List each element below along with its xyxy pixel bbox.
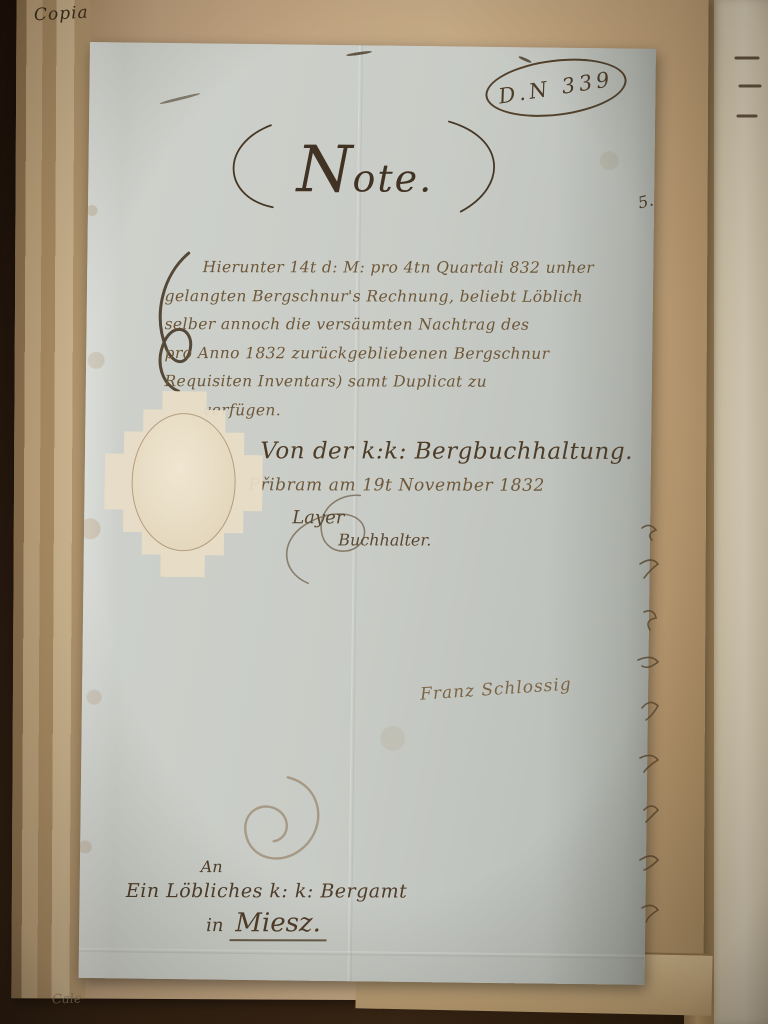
illegible-marginalia-script <box>630 520 674 940</box>
clerk-signature-name: Layer <box>292 507 344 528</box>
document-title: Note. <box>213 133 517 208</box>
corner-inscription: Cale <box>52 991 82 1007</box>
body-line: Hierunter 14t d: M: pro 4tn Quartali 832… <box>165 253 659 282</box>
reference-number: D.N 339 <box>497 67 615 109</box>
address-salutation: An <box>112 857 312 876</box>
address-place-name: Miesz. <box>229 908 327 941</box>
body-line: selber annoch die versäumten Nachtrag de… <box>165 310 659 339</box>
copia-inscription: Copia <box>34 3 90 26</box>
address-place-line: in Miesz. <box>112 908 422 939</box>
official-signature: Franz Schlossig <box>419 675 572 705</box>
archive-photo: Copia Cale 5. <box>0 0 768 1024</box>
address-place-prefix: in <box>206 915 223 936</box>
clerk-signature: Layer Buchhalter. <box>292 507 431 549</box>
ink-smear <box>159 92 200 105</box>
address-block: An Ein Löbliches k: k: Bergamt in Miesz. <box>112 857 422 939</box>
body-line: pro Anno 1832 zurückgebliebenen Bergschn… <box>165 339 659 368</box>
clerk-signature-title: Buchhalter. <box>338 530 431 549</box>
address-recipient: Ein Löbliches k: k: Bergamt <box>112 880 422 903</box>
paper-wafer-seal <box>103 390 263 578</box>
note-document-sheet: D.N 339 Note. Hierunter 14t d: M: pro 4t… <box>79 42 656 985</box>
title-block: Note. <box>213 111 517 228</box>
issuer-line: Von der k:k: Bergbuchhaltung. <box>260 438 633 465</box>
right-page-ink-marks <box>732 52 768 132</box>
body-line: gelangten Bergschnur's Rechnung, beliebt… <box>165 282 659 311</box>
